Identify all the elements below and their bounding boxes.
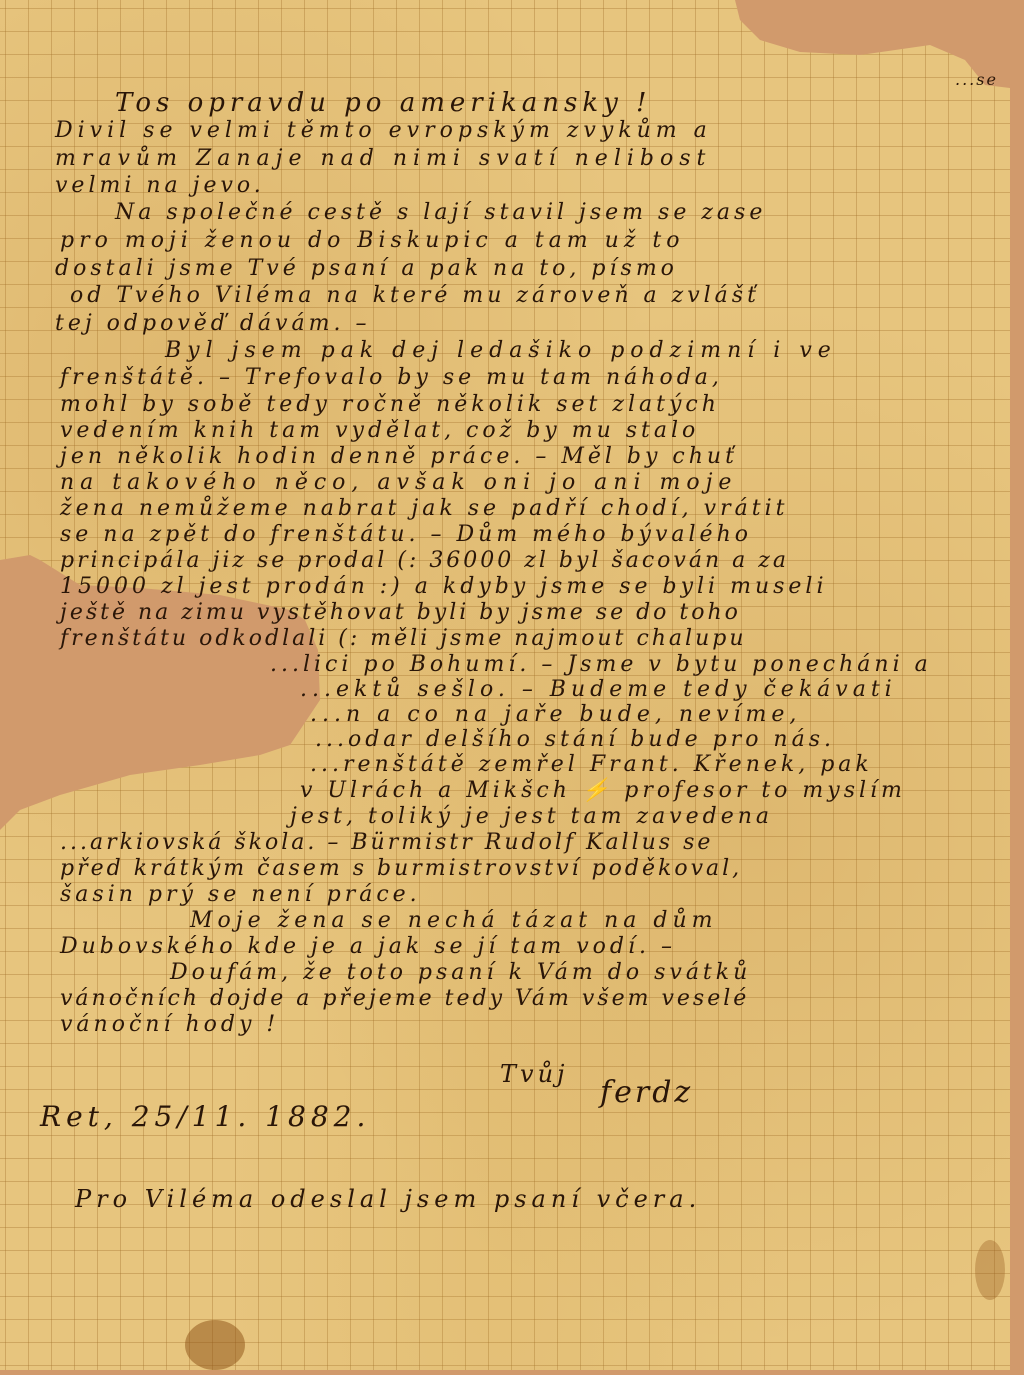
letter-line: Moje žena se nechá tázat na dům <box>190 908 717 933</box>
letter-line: pro moji ženou do Biskupic a tam už to <box>60 228 685 253</box>
postscript: Pro Viléma odeslal jsem psaní včera. <box>75 1185 701 1213</box>
letter-line: ...arkiovská škola. – Bürmistr Rudolf Ka… <box>60 830 713 855</box>
corner-note: ...se <box>955 70 998 89</box>
letter-line: Doufám, že toto psaní k Vám do svátků <box>170 960 751 985</box>
letter-line: Dubovského kde je a jak se jí tam vodí. … <box>60 934 676 959</box>
letter-line: vánoční hody ! <box>60 1012 279 1037</box>
letter-line: žena nemůžeme nabrat jak se padří chodí,… <box>60 496 788 521</box>
letter-line underline-red: v Ulrách a Mikšch ⚡ profesor to myslím <box>300 778 906 803</box>
signature: ferdz <box>600 1075 693 1110</box>
letter-line: ...lici po Bohumí. – Jsme v bytu ponechá… <box>270 652 932 677</box>
letter-line: na takového něco, avšak oni jo ani moje <box>60 470 737 495</box>
letter-line: jest, toliký je jest tam zavedena <box>290 804 773 829</box>
letter-line: vánočních dojde a přejeme tedy Vám všem … <box>60 986 749 1011</box>
letter-line: Byl jsem pak dej ledašiko podzimní i ve <box>165 338 837 363</box>
letter-line: mohl by sobě tedy ročně několik set zlat… <box>60 392 720 417</box>
letter-line: jen několik hodin denně práce. – Měl by … <box>60 444 738 469</box>
letter-line: tej odpověď dávám. – <box>55 311 370 336</box>
letter-line: od Tvého Viléma na které mu zároveň a zv… <box>70 283 760 308</box>
letter-line: mravům Zanaje nad nimi svatí nelibost <box>55 146 711 171</box>
stain <box>185 1320 245 1370</box>
letter-line: šasin prý se není práce. <box>60 882 421 907</box>
letter-line: Divil se velmi těmto evropským zvykům a <box>55 118 712 143</box>
letter-line: frenštátě. – Trefovalo by se mu tam náho… <box>60 365 723 390</box>
closing: Tvůj <box>500 1060 568 1088</box>
letter-line: Tos opravdu po amerikansky ! <box>115 88 652 118</box>
letter-line: ...odar delšího stání bude pro nás. <box>315 727 835 752</box>
letter-line: Na společné cestě s lají stavil jsem se … <box>115 200 766 225</box>
letter-line: velmi na jevo. <box>55 173 265 198</box>
letter-line: 15000 zl jest prodán :) a kdyby jsme se … <box>60 574 828 599</box>
letter-line: ...renštátě zemřel Frant. Křenek, pak <box>310 752 873 777</box>
letter-line: frenštátu odkodlali (: měli jsme najmout… <box>60 626 747 651</box>
letter-line: ...n a co na jaře bude, nevíme, <box>310 702 801 727</box>
letter-line: dostali jsme Tvé psaní a pak na to, písm… <box>55 256 678 281</box>
letter-line: před krátkým časem s burmistrovství podě… <box>60 856 742 881</box>
letter-line: vedením knih tam vydělat, což by mu stal… <box>60 418 699 443</box>
letter-line: ...ektů sešlo. – Budeme tedy čekávati <box>300 677 897 702</box>
letter-line: ještě na zimu vystěhovat byli by jsme se… <box>60 600 741 625</box>
date: Ret, 25/11. 1882. <box>40 1100 370 1133</box>
letter-line: se na zpět do frenštátu. – Dům mého býva… <box>60 522 752 547</box>
stain <box>975 1240 1005 1300</box>
letter-line: principála jiz se prodal (: 36000 zl byl… <box>60 548 789 573</box>
